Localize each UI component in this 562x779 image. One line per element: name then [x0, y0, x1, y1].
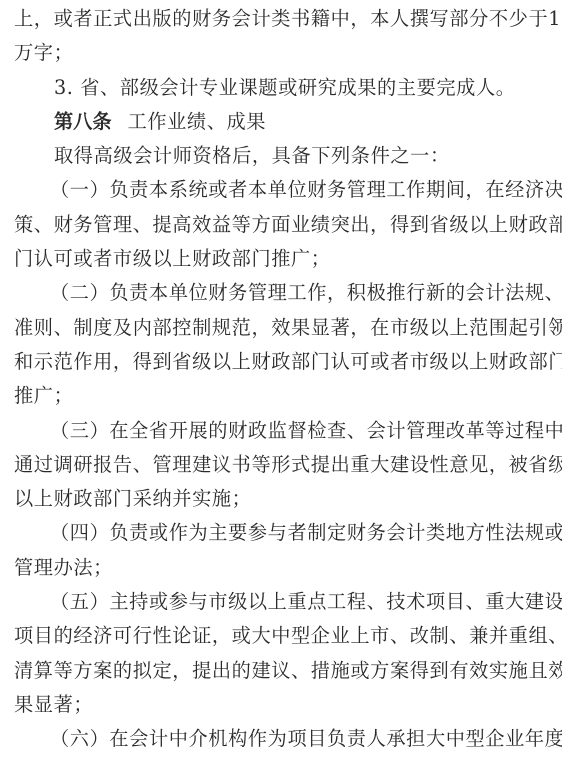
article-number: 第八条 — [54, 110, 112, 133]
condition-2: （二）负责本单位财务管理工作，积极推行新的会计法规、 — [14, 276, 554, 310]
paragraph-line: 果显著； — [14, 688, 554, 722]
list-item-3: 3. 省、部级会计专业课题或研究成果的主要完成人。 — [14, 71, 554, 105]
paragraph-line: 以上财政部门采纳并实施； — [14, 482, 554, 516]
paragraph-line: 清算等方案的拟定，提出的建议、措施或方案得到有效实施且效 — [14, 654, 554, 688]
condition-3: （三）在全省开展的财政监督检查、会计管理改革等过程中， — [14, 414, 554, 448]
condition-5: （五）主持或参与市级以上重点工程、技术项目、重大建设 — [14, 585, 554, 619]
paragraph-line: 项目的经济可行性论证，或大中型企业上市、改制、兼并重组、 — [14, 619, 554, 653]
paragraph-line: 上，或者正式出版的财务会计类书籍中，本人撰写部分不少于15 — [14, 2, 554, 36]
article-title: 工作业绩、成果 — [128, 110, 267, 133]
article-heading: 第八条工作业绩、成果 — [14, 105, 554, 139]
paragraph-line: 推广； — [14, 379, 554, 413]
paragraph-line: 门认可或者市级以上财政部门推广； — [14, 242, 554, 276]
condition-6: （六）在会计中介机构作为项目负责人承担大中型企业年度 — [14, 722, 554, 756]
paragraph-line: 通过调研报告、管理建议书等形式提出重大建设性意见，被省级 — [14, 448, 554, 482]
paragraph-line: 管理办法； — [14, 551, 554, 585]
intro-line: 取得高级会计师资格后，具备下列条件之一： — [14, 139, 554, 173]
paragraph-line: 策、财务管理、提高效益等方面业绩突出，得到省级以上财政部 — [14, 208, 554, 242]
paragraph-line: 万字； — [14, 36, 554, 70]
paragraph-line: 和示范作用，得到省级以上财政部门认可或者市级以上财政部门 — [14, 345, 554, 379]
condition-4: （四）负责或作为主要参与者制定财务会计类地方性法规或 — [14, 516, 554, 550]
document-page: 上，或者正式出版的财务会计类书籍中，本人撰写部分不少于15 万字； 3. 省、部… — [14, 2, 554, 757]
paragraph-line: 准则、制度及内部控制规范，效果显著，在市级以上范围起引领 — [14, 311, 554, 345]
condition-1: （一）负责本系统或者本单位财务管理工作期间，在经济决 — [14, 173, 554, 207]
